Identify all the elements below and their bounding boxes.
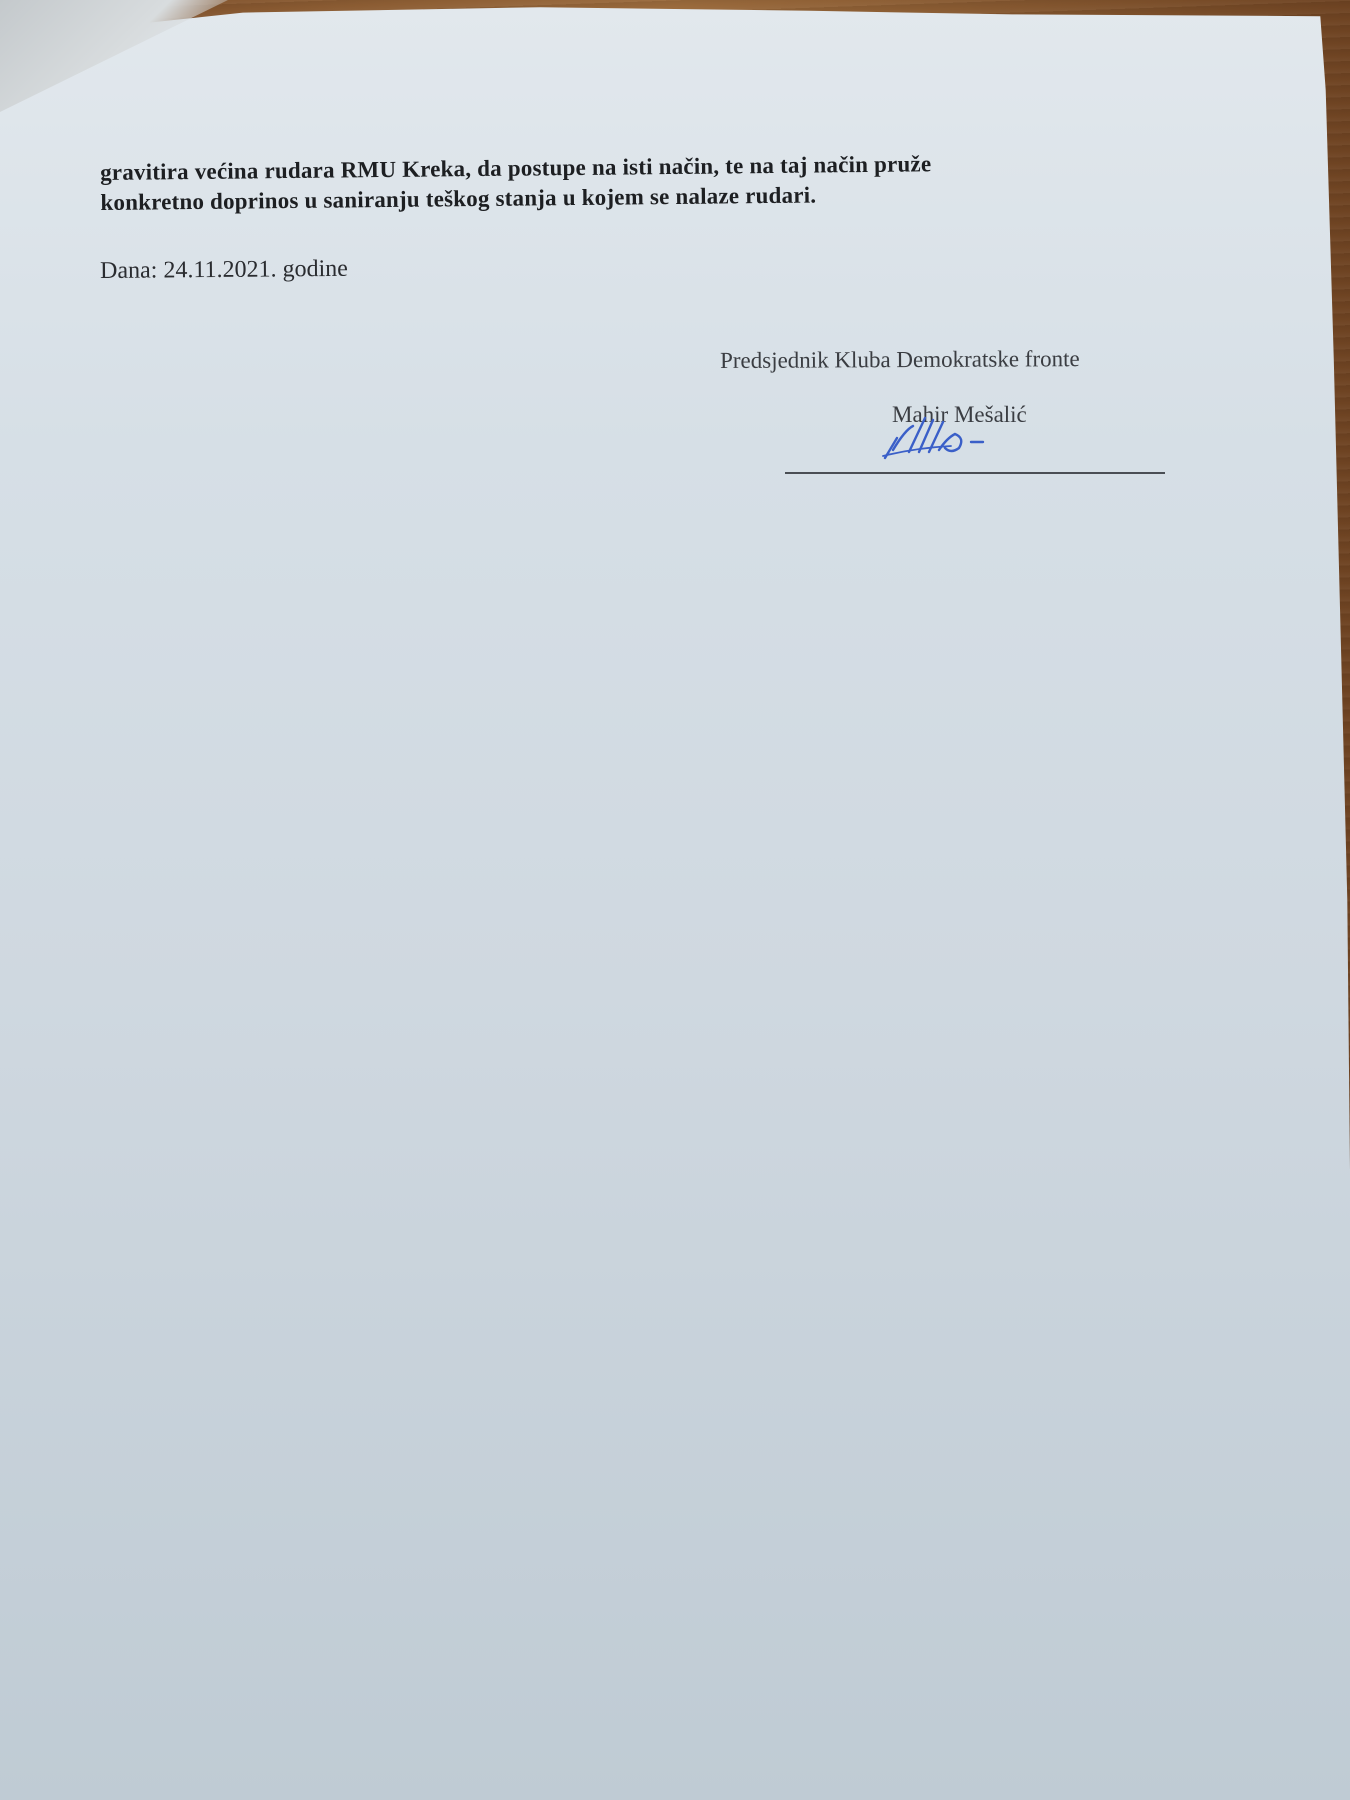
signatory-title: Predsjednik Kluba Demokratske fronte [720,346,1170,374]
signature-line [785,472,1165,474]
paragraph-text: gravitira većina rudara RMU Kreka, da po… [100,148,1101,218]
date-line: Dana: 24.11.2021. godine [100,256,348,285]
body-paragraph: gravitira većina rudara RMU Kreka, da po… [100,158,1100,218]
handwritten-signature-icon [875,408,1035,468]
signature-block: Predsjednik Kluba Demokratske fronte Mah… [720,348,1170,374]
